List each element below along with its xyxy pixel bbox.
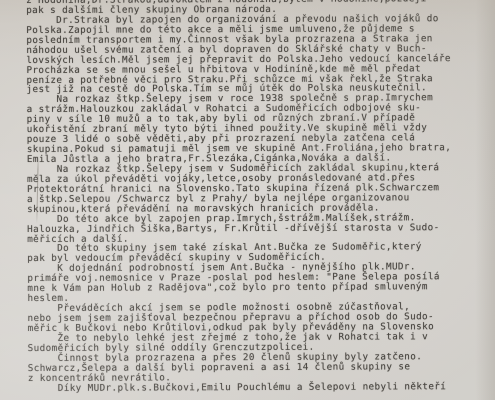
text-line: Díky MUDr.plk.s.Bučkovi,Emilu Pouchlému … <box>28 382 490 394</box>
typewritten-text: z Hodonína,Dr.Strakou,advokátem z Hodoní… <box>26 0 490 394</box>
document-page: z Hodonína,Dr.Strakou,advokátem z Hodoní… <box>0 0 495 400</box>
